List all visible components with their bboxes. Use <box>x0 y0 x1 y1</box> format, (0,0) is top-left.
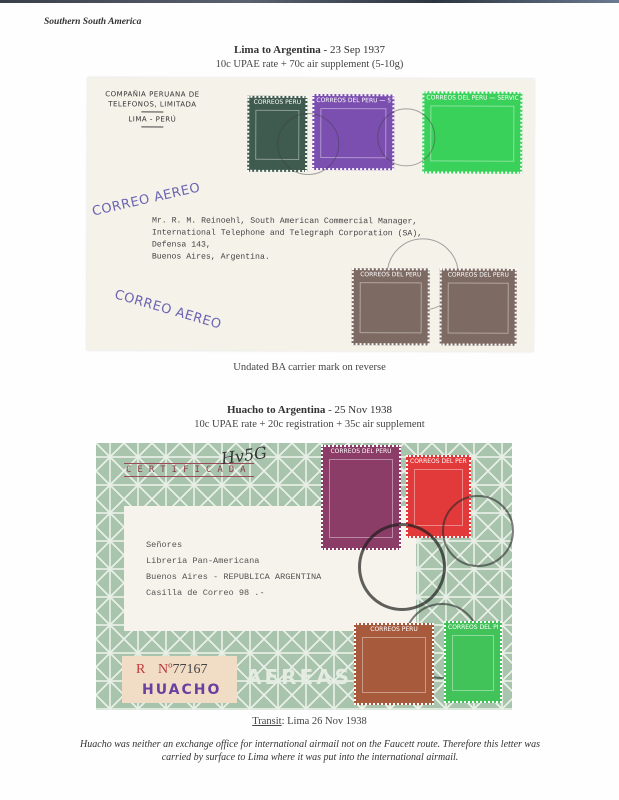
postmark-cancel <box>442 495 514 567</box>
cover2-envelope: CERTIFICADA Hv5G SeñoresLibreria Pan-Ame… <box>96 443 512 710</box>
cover1-route: Lima to Argentina <box>234 44 321 56</box>
registration-number: Nº77167 <box>158 662 207 678</box>
transit-text: : Lima 26 Nov 1938 <box>282 716 367 727</box>
stamp-2c-green: CORREOS DEL PERU <box>444 621 502 703</box>
cover2-route: Huacho to Argentina <box>227 404 325 416</box>
recipient-address: Mr. R. M. Reinoehl, South American Comme… <box>152 215 422 264</box>
sender-line: COMPAÑIA PERUANA DE <box>97 89 207 99</box>
stamp-25c-airmail-right: CORREOS DEL PERU <box>440 268 517 345</box>
cover2-date: - 25 Nov 1938 <box>325 404 392 416</box>
huacho-postmark <box>358 523 446 611</box>
divider <box>141 111 163 112</box>
sender-line: LIMA - PERÚ <box>97 114 207 124</box>
handwritten-notation: Hv5G <box>220 443 268 468</box>
transit-label: Transit <box>252 716 281 727</box>
postmark-cancel <box>377 108 435 166</box>
cover1-caption: Undated BA carrier mark on reverse <box>0 362 619 373</box>
cover2-caption: Transit: Lima 26 Nov 1938 <box>0 716 619 727</box>
airmail-print: AEREAS <box>246 665 352 689</box>
stamp-25c-airmail-left: CORREOS DEL PERU <box>352 268 430 345</box>
sender-line: TELEFONOS, LIMITADA <box>97 99 207 109</box>
stamp-2c-rust: CORREOS PERU <box>354 623 434 705</box>
cover1-date: - 23 Sep 1937 <box>321 44 385 56</box>
page-header: Southern South America <box>44 17 141 27</box>
cover2-title: Huacho to Argentina - 25 Nov 1938 <box>0 404 619 416</box>
recipient-address: SeñoresLibreria Pan-AmericanaBuenos Aire… <box>146 537 321 601</box>
cover1-title: Lima to Argentina - 23 Sep 1937 <box>0 44 619 56</box>
correo-aereo-handstamp: CORREO AEREO <box>91 180 202 219</box>
cover1-envelope: COMPAÑIA PERUANA DE TELEFONOS, LIMITADA … <box>87 77 535 352</box>
cover2-rate: 10c UPAE rate + 20c registration + 35c a… <box>0 419 619 430</box>
registration-letter: R <box>136 662 145 678</box>
scan-edge <box>0 0 619 3</box>
registration-label: R Nº77167 HUACHO <box>122 656 237 703</box>
cover2-note: Huacho was neither an exchange office fo… <box>70 738 550 764</box>
stamp-5c-green-airmail: CORREOS DEL PERU — SERVICIO AEREO <box>422 91 522 173</box>
registration-office: HUACHO <box>142 682 221 698</box>
cover1-rate: 10c UPAE rate + 70c air supplement (5-10… <box>0 59 619 70</box>
postmark-cancel <box>277 113 339 175</box>
sender-corner-card: COMPAÑIA PERUANA DE TELEFONOS, LIMITADA … <box>97 89 207 129</box>
correo-aereo-handstamp: CORREO AEREO <box>113 287 223 332</box>
divider <box>141 126 163 127</box>
